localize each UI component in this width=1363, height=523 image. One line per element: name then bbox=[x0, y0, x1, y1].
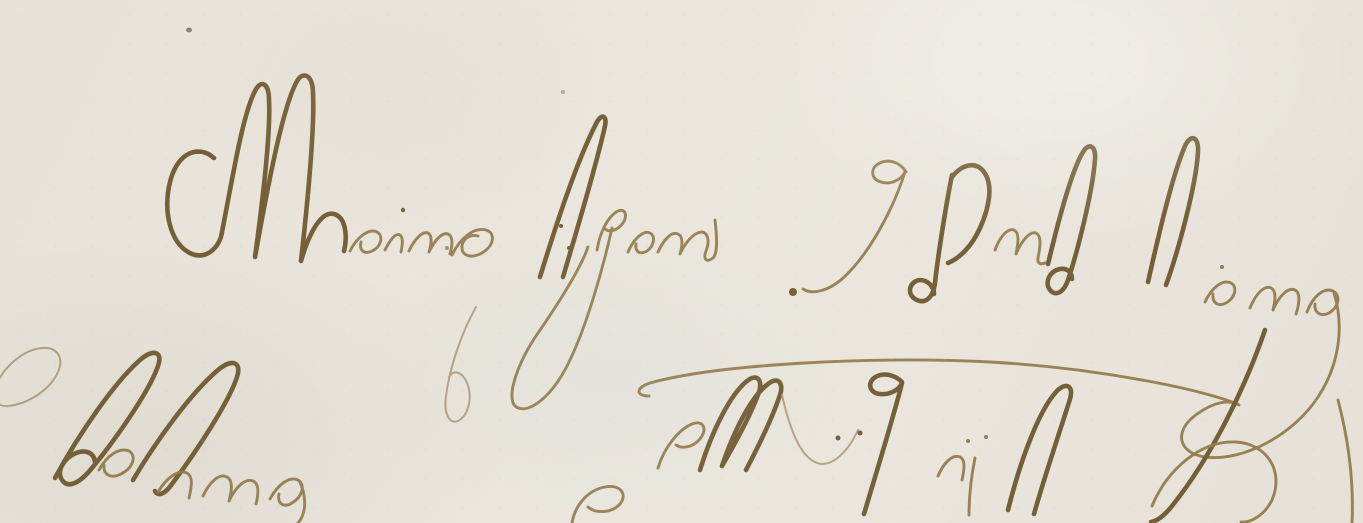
ink-dot bbox=[401, 208, 405, 212]
ink-dot bbox=[789, 288, 797, 296]
ink-dot bbox=[858, 431, 863, 436]
handwriting-layer bbox=[0, 0, 1363, 523]
manuscript-page: Meinstyen J Dubleng …beling (cut off at … bbox=[0, 0, 1363, 523]
paper-speck bbox=[561, 90, 565, 94]
ink-dot bbox=[836, 436, 841, 441]
paper-speck bbox=[186, 28, 192, 33]
paper-background bbox=[0, 0, 1363, 523]
ink-dot bbox=[984, 435, 988, 439]
ink-dot bbox=[559, 224, 563, 228]
ink-dot bbox=[966, 439, 970, 443]
ink-dot bbox=[1220, 265, 1224, 269]
paper-speck bbox=[445, 246, 449, 250]
ink-dot bbox=[567, 246, 571, 250]
